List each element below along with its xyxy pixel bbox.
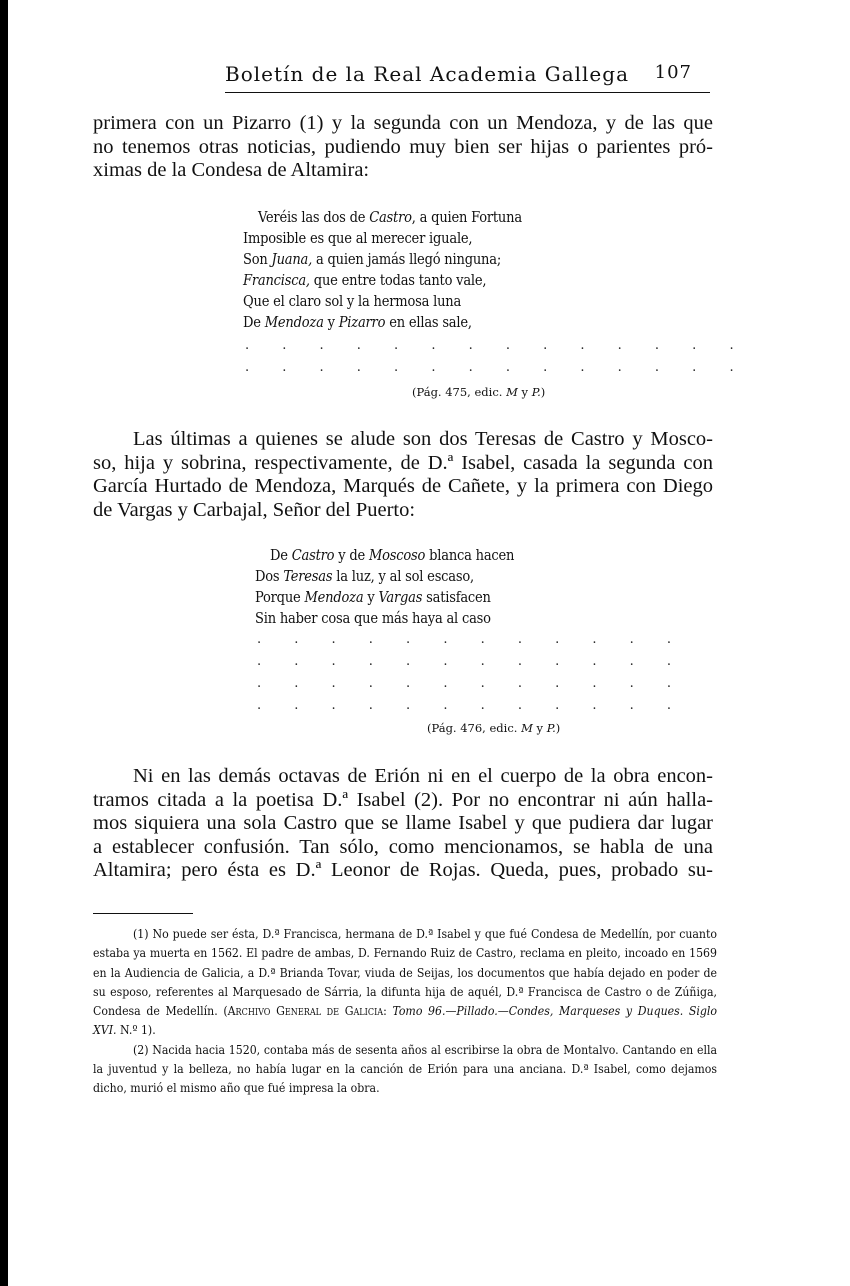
verse-line: Que el claro sol y la hermosa luna (243, 292, 522, 313)
ellipsis-row: . . . . . . . . . . . . . . (245, 360, 748, 375)
verse-line: De Mendoza y Pizarro en ellas sale, (243, 313, 522, 334)
ellipsis-row: . . . . . . . . . . . . . . (245, 338, 748, 353)
verse-line: Dos Teresas la luz, y al sol escaso, (255, 567, 514, 588)
text-line: de Vargas y Carbajal, Señor del Puerto: (93, 499, 713, 523)
header-rule (225, 92, 710, 93)
ellipsis-row: . . . . . . . . . . . . (257, 698, 686, 713)
paragraph-1: primera con un Pizarro (1) y la segunda … (93, 112, 713, 183)
text-line: a establecer confusión. Tan sólo, como m… (93, 836, 713, 860)
running-title: Boletín de la Real Academia Gallega (225, 62, 629, 86)
ellipsis-row: . . . . . . . . . . . . (257, 676, 686, 691)
text-line: primera con un Pizarro (1) y la segunda … (93, 112, 713, 136)
footnote-2: (2) Nacida hacia 1520, contaba más de se… (93, 1041, 717, 1099)
verse-line: Son Juana, a quien jamás llegó ninguna; (243, 250, 522, 271)
text-line: ximas de la Condesa de Altamira: (93, 159, 713, 183)
text-line: mos siquiera una sola Castro que se llam… (93, 812, 713, 836)
verse-line: Imposible es que al merecer iguale, (243, 229, 522, 250)
verse-line: Porque Mendoza y Vargas satisfacen (255, 588, 514, 609)
text-line: García Hurtado de Mendoza, Marqués de Ca… (93, 475, 713, 499)
footnote-rule (93, 913, 193, 914)
ellipsis-row: . . . . . . . . . . . . (257, 654, 686, 669)
verse-citation-2: (Pág. 476, edic. M y P.) (427, 721, 560, 735)
paragraph-3: Ni en las demás octavas de Erión ni en e… (93, 765, 713, 883)
footnote-1: (1) No puede ser ésta, D.ª Francisca, he… (93, 925, 717, 1041)
page-number: 107 (655, 62, 692, 83)
text-line: so, hija y sobrina, respectivamente, de … (93, 452, 713, 476)
verse-line: Veréis las dos de Castro, a quien Fortun… (243, 208, 522, 229)
verse-line: Francisca, que entre todas tanto vale, (243, 271, 522, 292)
running-header: Boletín de la Real Academia Gallega 107 (225, 60, 710, 90)
verse-block-1: Veréis las dos de Castro, a quien Fortun… (243, 208, 522, 334)
verse-citation-1: (Pág. 475, edic. M y P.) (412, 385, 545, 399)
verse-line: De Castro y de Moscoso blanca hacen (255, 546, 514, 567)
text-line: no tenemos otras noticias, pudiendo muy … (93, 136, 713, 160)
verse-line: Sin haber cosa que más haya al caso (255, 609, 514, 630)
ellipsis-row: . . . . . . . . . . . . (257, 632, 686, 647)
verse-block-2: De Castro y de Moscoso blanca hacen Dos … (255, 546, 514, 630)
paragraph-2: Las últimas a quienes se alude son dos T… (93, 428, 713, 522)
text-line: Altamira; pero ésta es D.ª Leonor de Roj… (93, 859, 713, 883)
text-line: Ni en las demás octavas de Erión ni en e… (93, 765, 713, 789)
text-line: tramos citada a la poetisa D.ª Isabel (2… (93, 789, 713, 813)
footnotes: (1) No puede ser ésta, D.ª Francisca, he… (93, 925, 717, 1099)
text-line: Las últimas a quienes se alude son dos T… (93, 428, 713, 452)
scan-edge-shadow (0, 0, 8, 1286)
